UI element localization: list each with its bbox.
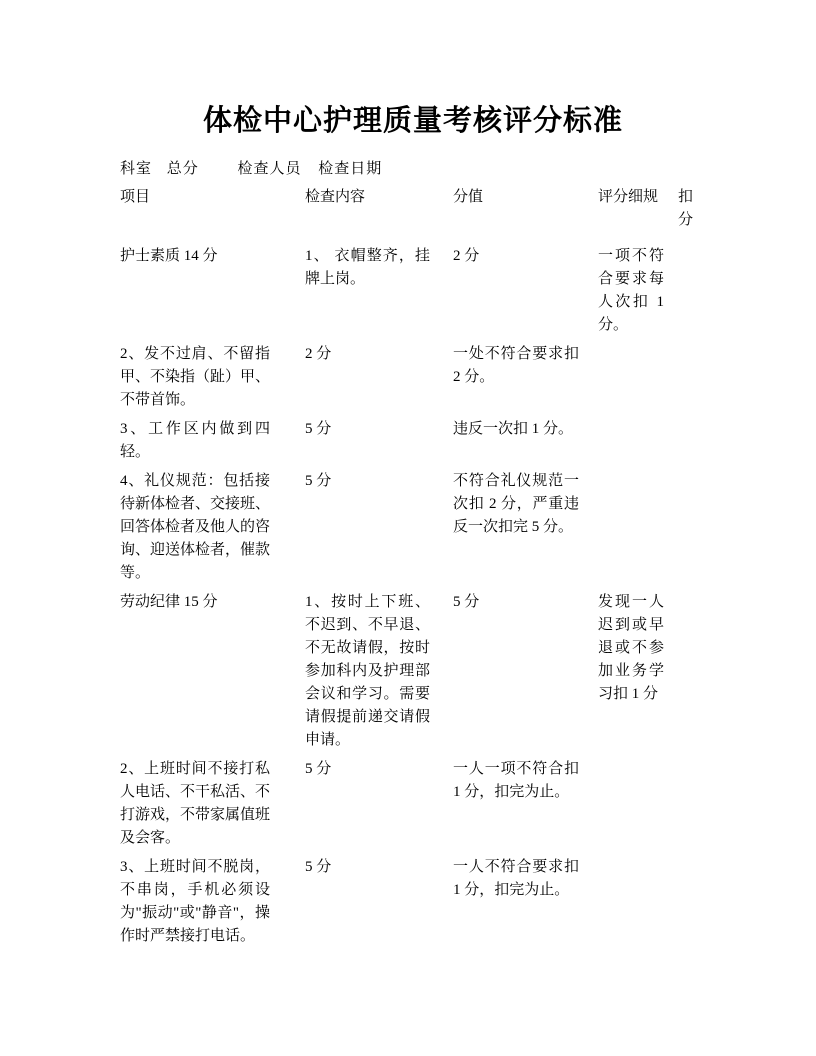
cell-score: 不符合礼仪规范一次扣 2 分，严重违反一次扣完 5 分。: [453, 470, 598, 591]
cell-item: 劳动纪律 15 分: [120, 591, 305, 758]
meta-label-inspection-date: 检查日期: [318, 161, 382, 177]
cell-item: 2、发不过肩、不留指甲、不染指（趾）甲、不带首饰。: [120, 343, 305, 418]
cell-item: 4、礼仪规范：包括接待新体检者、交接班、回答体检者及他人的咨询、迎送体检者，催款…: [120, 470, 305, 591]
meta-label-total-score: 总分: [167, 161, 199, 177]
table-row: 3、上班时间不脱岗，不串岗，手机必须设为"振动"或"静音"，操作时严禁接打电话。…: [120, 856, 706, 954]
cell-content: 1、 衣帽整齐，挂牌上岗。: [305, 245, 453, 343]
column-header-scoring-rules: 评分细规: [598, 186, 678, 245]
cell-content: 5 分: [305, 758, 453, 856]
cell-rule: [598, 856, 678, 954]
cell-score: 一人不符合要求扣 1 分，扣完为止。: [453, 856, 598, 954]
cell-deduction: [678, 470, 706, 591]
table-row: 3、工作区内做到四轻。 5 分 违反一次扣 1 分。: [120, 418, 706, 470]
table-row: 劳动纪律 15 分 1、按时上下班、不迟到、不早退、不无故请假，按时参加科内及护…: [120, 591, 706, 758]
cell-deduction: [678, 856, 706, 954]
cell-content: 2 分: [305, 343, 453, 418]
cell-score: 违反一次扣 1 分。: [453, 418, 598, 470]
table-row: 护士素质 14 分 1、 衣帽整齐，挂牌上岗。 2 分 一项不符合要求每人次扣 …: [120, 245, 706, 343]
cell-score: 一人一项不符合扣 1 分，扣完为止。: [453, 758, 598, 856]
cell-score: 5 分: [453, 591, 598, 758]
cell-content: 5 分: [305, 418, 453, 470]
column-header-deduction: 扣分: [678, 186, 706, 245]
cell-rule: [598, 758, 678, 856]
cell-deduction: [678, 758, 706, 856]
cell-rule: 一项不符合要求每人次扣 1 分。: [598, 245, 678, 343]
cell-rule: 发现一人迟到或早退或不参加业务学习扣 1 分: [598, 591, 678, 758]
cell-rule: [598, 470, 678, 591]
column-header-item: 项目: [120, 186, 305, 245]
meta-label-inspector: 检查人员: [238, 161, 302, 177]
cell-content: 5 分: [305, 856, 453, 954]
score-table: 项目 检查内容 分值 评分细规 扣分 护士素质 14 分 1、 衣帽整齐，挂牌上…: [120, 186, 706, 954]
column-header-score-value: 分值: [453, 186, 598, 245]
header-row: 项目 检查内容 分值 评分细规 扣分: [120, 186, 706, 245]
cell-item: 2、上班时间不接打私人电话、不干私活、不打游戏，不带家属值班及会客。: [120, 758, 305, 856]
cell-deduction: [678, 245, 706, 343]
column-header-inspection-content: 检查内容: [305, 186, 453, 245]
cell-rule: [598, 418, 678, 470]
cell-rule: [598, 343, 678, 418]
table-row: 2、发不过肩、不留指甲、不染指（趾）甲、不带首饰。 2 分 一处不符合要求扣 2…: [120, 343, 706, 418]
cell-item: 3、上班时间不脱岗，不串岗，手机必须设为"振动"或"静音"，操作时严禁接打电话。: [120, 856, 305, 954]
table-row: 4、礼仪规范：包括接待新体检者、交接班、回答体检者及他人的咨询、迎送体检者，催款…: [120, 470, 706, 591]
document-title: 体检中心护理质量考核评分标准: [120, 102, 706, 140]
cell-content: 5 分: [305, 470, 453, 591]
table-row: 2、上班时间不接打私人电话、不干私活、不打游戏，不带家属值班及会客。 5 分 一…: [120, 758, 706, 856]
cell-item: 3、工作区内做到四轻。: [120, 418, 305, 470]
cell-item: 护士素质 14 分: [120, 245, 305, 343]
cell-deduction: [678, 418, 706, 470]
cell-content: 1、按时上下班、不迟到、不早退、不无故请假，按时参加科内及护理部会议和学习。需要…: [305, 591, 453, 758]
cell-deduction: [678, 343, 706, 418]
cell-score: 一处不符合要求扣 2 分。: [453, 343, 598, 418]
meta-label-department: 科室: [120, 161, 152, 177]
cell-score: 2 分: [453, 245, 598, 343]
meta-line: 科室 总分 检查人员 检查日期: [120, 158, 706, 180]
document-page: 体检中心护理质量考核评分标准 科室 总分 检查人员 检查日期 项目 检查内容 分…: [0, 0, 816, 1056]
cell-deduction: [678, 591, 706, 758]
